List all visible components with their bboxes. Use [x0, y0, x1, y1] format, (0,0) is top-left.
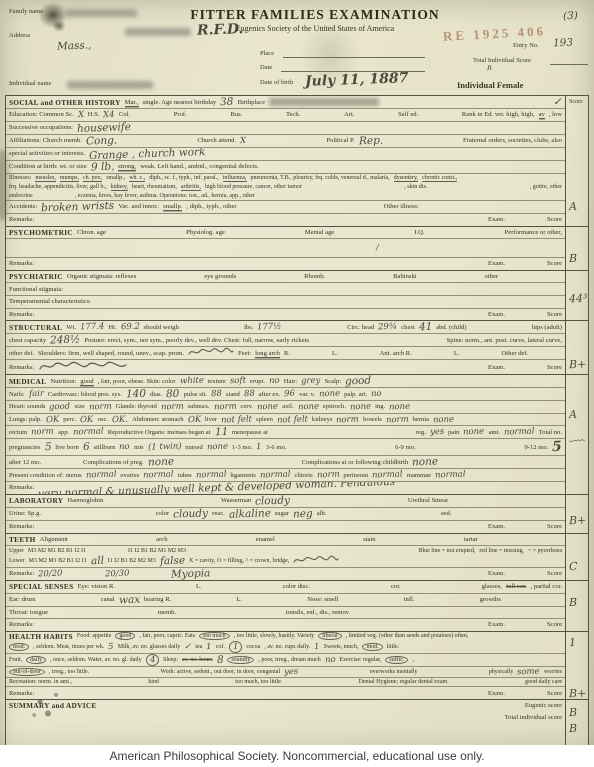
printed-label: sed.: [441, 510, 451, 517]
individual-name-redacted: [67, 81, 153, 89]
printed-label: endocrine: [9, 193, 33, 199]
individual-sex-label: Individual Female: [457, 80, 523, 90]
printed-label: pain: [448, 429, 459, 436]
printed-label: color: [156, 510, 170, 517]
handwritten-value: normal: [73, 427, 104, 438]
printed-label: Exam.: [488, 311, 505, 318]
printed-label: liver: [205, 416, 217, 423]
printed-label: long arch: [255, 350, 280, 357]
printed-label: perc.: [63, 416, 76, 423]
handwritten-value: no: [371, 389, 382, 399]
printed-label: mis: [134, 444, 144, 451]
special-senses-rows: SPECIAL SENSESEye: vision R.L.color disc…: [6, 581, 565, 631]
printed-label: too much, too little.: [235, 679, 282, 685]
structural-row: Remarks:Exam.Score: [6, 360, 565, 374]
printed-label: full cor.: [506, 583, 527, 590]
section-psychiatric: PSYCHIATRICOrganic stigmata: reflexeseye…: [6, 270, 588, 320]
printed-label: Performance or other,: [505, 229, 562, 236]
printed-label: infl.: [404, 596, 415, 603]
printed-label: R.: [284, 350, 290, 357]
printed-label: ch. pox,: [83, 175, 102, 181]
printed-label: Ear: drum: [9, 596, 36, 603]
printed-label: Temperamental characteristics:: [9, 298, 91, 305]
printed-label: 3-6 mo.: [266, 444, 287, 451]
printed-label: Score: [547, 260, 562, 267]
total-score-mark: R: [487, 64, 492, 72]
handwritten-value: yes: [284, 667, 299, 677]
printed-label: ~ = pyorrhoea: [528, 548, 562, 554]
printed-label: Exam.: [488, 260, 505, 267]
medical-row: MEDICALNutrition:good, fair, poor, obese…: [6, 375, 565, 388]
handwritten-score: B+: [569, 687, 587, 701]
handwritten-value: false: [160, 555, 186, 567]
printed-label: daily: [26, 656, 46, 664]
printed-label: Wasserman: [221, 497, 251, 504]
handwritten-value: white: [179, 376, 203, 387]
printed-label: Other def.: [502, 350, 529, 357]
printed-label: menopause at: [232, 429, 268, 436]
printed-label: Fruit,: [9, 657, 22, 663]
printed-label: Exam.: [488, 690, 505, 697]
printed-label: Successive occupations:: [9, 124, 73, 131]
printed-label: Ht.: [108, 324, 116, 331]
printed-label: memb.: [158, 609, 176, 616]
printed-label: glasses,: [482, 583, 502, 590]
address-label: Address: [9, 32, 30, 39]
printed-label: X = cavity, O = filling, ^ = crown, brid…: [189, 558, 289, 564]
social-row: endocrine, eczema, hives, hay fever, ast…: [6, 191, 565, 201]
printed-label: HEALTH HABITS: [9, 632, 73, 641]
psychometric-row: Remarks:Exam.Score: [6, 258, 565, 270]
caption-text: American Philosophical Society. Noncomme…: [109, 749, 484, 763]
printed-label: Remarks:: [9, 523, 34, 530]
printed-label: smallp.,: [106, 175, 125, 181]
printed-label: suffic.: [385, 656, 408, 664]
social-row: frq. headache, appendicitis, liver, gall…: [6, 182, 565, 191]
printed-label: abd. (child): [436, 324, 466, 331]
medical-row: Present condition of: uterusnormalovarie…: [6, 469, 565, 482]
printed-label: L.: [236, 596, 242, 603]
handwritten-value: none: [207, 442, 228, 453]
structural-rows: STRUCTURALWt.177.4Ht.69.2should weighlbs…: [6, 321, 565, 374]
handwritten-value: OK: [46, 414, 60, 424]
printed-label: 1-3 mo.: [232, 444, 253, 451]
place-line: [283, 49, 425, 58]
printed-label: overworks mentally: [370, 669, 418, 675]
printed-label: good daily care: [525, 679, 562, 685]
printed-label: Lungs: palp.: [9, 416, 42, 423]
printed-label: Complications at or following childbirth: [302, 459, 409, 466]
printed-label: pneumonia, T.B., pleurisy, frq. colds, v…: [251, 175, 390, 181]
address-redacted: [125, 28, 191, 36]
laboratory-row: LABORATORYHaemoglobinWassermancloudyUret…: [6, 495, 565, 508]
printed-label: Physiolog. age: [186, 229, 225, 236]
printed-label: ing.: [375, 403, 385, 410]
handwritten-value: none: [389, 402, 410, 413]
handwritten-value: normal: [143, 470, 174, 481]
special-senses-row: Ear: drumcanalwaxhearing R.L.Nose: smell…: [6, 594, 565, 607]
printed-label: submax.: [188, 403, 210, 410]
handwritten-score: B: [569, 722, 578, 735]
printed-label: , poor, irreg., dream much: [258, 657, 320, 663]
handwritten-value: broken wrists: [41, 201, 114, 214]
scanned-form-page: { "header": { "family_name_label": "Fami…: [0, 0, 594, 767]
printed-label: 9-12 mo.: [524, 444, 548, 451]
handwritten-value: 6: [83, 441, 90, 453]
printed-label: , irreg., too little.: [49, 669, 90, 675]
handwritten-value: 1: [256, 442, 262, 452]
printed-label: Remarks:: [9, 216, 34, 223]
printed-label: Abdomen: stomach: [132, 416, 183, 423]
printed-label: Total no.: [539, 429, 562, 436]
printed-label: Remarks:: [9, 484, 34, 491]
printed-label: good: [80, 378, 93, 385]
handwritten-value: 80: [166, 388, 180, 400]
printed-label: worries: [544, 669, 562, 675]
printed-label: Chron. age: [77, 229, 106, 236]
printed-label: Exam.: [488, 364, 505, 371]
printed-label: , seldom. Meat, times per wk.: [33, 644, 104, 650]
handwritten-value: 1: [229, 641, 243, 653]
printed-label: Rhomb.: [304, 273, 325, 280]
printed-label: Haemoglobin: [67, 497, 103, 504]
printed-label: Scalp:: [325, 378, 341, 385]
pen-scribble: [569, 434, 585, 448]
printed-label: mod.: [362, 643, 382, 651]
printed-label: Urine: Sp.g.: [9, 510, 41, 517]
handwritten-value: 88: [244, 389, 255, 399]
printed-label: amt.: [489, 429, 501, 436]
printed-label: hips (adult): [532, 324, 562, 331]
printed-label: enamel: [256, 536, 275, 543]
printed-label: reg.: [416, 429, 426, 436]
score-cell-laboratory: B+: [565, 495, 588, 533]
pen-scribble: [188, 347, 234, 359]
structural-row: other def.Shoulders: firm, well shaped, …: [6, 347, 565, 360]
printed-label: Wt.: [66, 324, 76, 331]
handwritten-value: X4: [103, 110, 115, 120]
laboratory-rows: LABORATORYHaemoglobinWassermancloudyUret…: [6, 495, 565, 533]
psychiatric-row: Functional stigmata:: [6, 283, 565, 296]
handwritten-value: no: [325, 655, 336, 665]
printed-label: smallp.: [163, 203, 182, 210]
printed-label: single. Age nearest birthday: [143, 99, 217, 106]
printed-label: bowels: [363, 416, 382, 423]
section-special-senses: SPECIAL SENSESEye: vision R.L.color disc…: [6, 580, 588, 631]
printed-label: L.: [454, 350, 460, 357]
printed-label: Fraternal orders, societies, clubs, also: [463, 137, 562, 144]
summary-row: SUMMARY and ADVICEEugenic score: [6, 700, 565, 712]
printed-label: Bus.: [230, 111, 242, 118]
printed-label: Exercise: regular,: [339, 657, 381, 663]
handwritten-value: none: [412, 456, 438, 468]
printed-label: diph., sc. f., typh., inf. paral.,: [149, 175, 219, 181]
printed-label: cocoa: [246, 644, 260, 650]
handwritten-value: none: [319, 389, 340, 400]
printed-label: av. no. hours: [182, 657, 213, 663]
score-cell-special-senses: B: [565, 581, 588, 631]
medical-row: Remarks:very normal & unusually well kep…: [6, 482, 565, 494]
printed-label: Condition at birth: wt. or size: [9, 163, 87, 170]
medical-row: Heart: soundsgoodsizenormGlands: thyroid…: [6, 401, 565, 414]
handwritten-value: normal: [435, 470, 466, 481]
teeth-row: UpperM3 M2 M1 B2 B1 I2 I1I1 I2 B1 B2 M1 …: [6, 546, 565, 555]
teeth-row: LowerM3 M2 M1 B2 B1 I2 I1allI1 I2 B1 B2 …: [6, 555, 565, 568]
printed-label: texture: [208, 378, 226, 385]
medical-row: rectumnormapp.normalReproductive Organs:…: [6, 426, 565, 439]
printed-label: SUMMARY and ADVICE: [9, 701, 97, 710]
printed-label: pregnancies: [9, 444, 41, 451]
printed-label: frq. headache, appendicitis, liver, gall…: [9, 184, 107, 190]
printed-label: Political P.: [326, 137, 354, 144]
handwritten-value: soft: [230, 376, 246, 387]
teeth-row: TEETHAlignmentarchenamelstaintartar: [6, 534, 565, 547]
printed-label: Blue line = not erupted,: [418, 548, 475, 554]
handwritten-value: ✓: [553, 96, 562, 108]
handwritten-value: none: [463, 427, 484, 438]
printed-label: M3 M2 M1 B2 B1 I2 I1: [29, 558, 87, 564]
handwritten-value: 9 lb,: [90, 161, 114, 173]
handwritten-score: B: [569, 596, 578, 609]
handwritten-value: no: [119, 442, 130, 452]
structural-row: STRUCTURALWt.177.4Ht.69.2should weighlbs…: [6, 321, 565, 334]
social-row: Successive occupations:housewife: [6, 122, 565, 135]
printed-label: Present condition of: uterus: [9, 472, 82, 479]
printed-label: M3 M2 M1 B2 B1 I2 I1: [28, 548, 86, 554]
printed-label: Functional stigmata:: [9, 286, 63, 293]
printed-label: strong,: [118, 163, 136, 170]
score-cell-social: ScoreA: [565, 96, 588, 226]
social-row: SOCIAL and OTHER HISTORYMar.,single. Age…: [6, 96, 565, 109]
handwritten-value: OK: [80, 414, 94, 424]
pen-scribble: [293, 555, 339, 567]
teeth-rows: TEETHAlignmentarchenamelstaintartarUpper…: [6, 534, 565, 580]
psychiatric-row: Temperamental characteristics:: [6, 296, 565, 309]
handwritten-value: Rep.: [358, 135, 383, 147]
printed-label: dias.: [150, 391, 162, 398]
printed-label: tea: [195, 644, 202, 650]
printed-label: pulse sit.: [184, 391, 207, 398]
handwritten-score: A: [569, 408, 577, 421]
printed-label: ,: [412, 657, 414, 663]
printed-label: axil.: [282, 403, 294, 410]
handwritten-value: 248½: [50, 334, 81, 347]
social-rows: SOCIAL and OTHER HISTORYMar.,single. Age…: [6, 96, 565, 226]
printed-label: Sweets, much,: [324, 644, 359, 650]
printed-label: Rank in Ed. ver. high, high,: [462, 111, 535, 118]
printed-label: clitoris: [294, 472, 312, 479]
handwritten-value: all: [90, 555, 103, 567]
entry-no-label: Entry No.: [513, 42, 539, 49]
printed-label: heart, rheumatism,: [132, 184, 177, 190]
printed-label: other: [485, 273, 499, 280]
handwritten-value: OK: [187, 414, 201, 424]
section-psychometric: PSYCHOMETRICChron. agePhysiolog. ageMent…: [6, 226, 588, 270]
printed-label: Accidents:: [9, 203, 37, 210]
handwritten-value: good: [49, 402, 70, 413]
printed-label: Prof.: [174, 111, 187, 118]
handwritten-value: OK.: [112, 414, 128, 425]
printed-label: color disc.: [283, 583, 310, 590]
printed-label: , once, seldom. Water, av. no. gl. daily: [50, 657, 141, 663]
printed-label: mumps,: [60, 175, 79, 181]
laboratory-row: Urine: Sp.g.colorcloudyreac.alkalinesuga…: [6, 508, 565, 521]
printed-label: av: [539, 111, 545, 118]
handwritten-value: very normal & unusually well kept & deve…: [38, 482, 395, 494]
social-row: Accidents:broken wristsVac. and innoc:sm…: [6, 201, 565, 214]
printed-label: spleen: [256, 416, 273, 423]
printed-label: STRUCTURAL: [9, 323, 62, 332]
handwritten-value: none: [147, 456, 173, 468]
handwritten-value: /: [376, 243, 379, 253]
printed-label: TEETH: [9, 535, 36, 544]
handwritten-value: 5: [552, 439, 562, 455]
handwritten-value: norm: [317, 470, 340, 481]
address-value: Mass.,: [57, 39, 92, 52]
handwritten-value: 29¾: [378, 322, 397, 333]
printed-label: Exam.: [488, 570, 505, 577]
printed-label: Church attend.: [197, 137, 236, 144]
handwritten-value: norm: [161, 402, 184, 413]
family-name-redacted: [65, 9, 137, 17]
score-column-header: Score: [569, 99, 583, 105]
printed-label: special activities or interests.: [9, 150, 85, 157]
handwritten-value: normal: [260, 470, 291, 481]
handwritten-value: (1 twin): [147, 442, 181, 453]
dob-value: July 11, 1887: [305, 70, 409, 90]
printed-label: chest: [401, 324, 415, 331]
psychometric-row: PSYCHOMETRICChron. agePhysiolog. ageMent…: [6, 227, 565, 240]
psychiatric-rows: PSYCHIATRICOrganic stigmata: reflexeseye…: [6, 271, 565, 320]
printed-label: wh. c.,: [129, 175, 145, 181]
pen-scribble: [38, 360, 128, 374]
printed-label: Shoulders: firm, well shaped, round, une…: [38, 350, 184, 357]
printed-label: ovaries: [120, 472, 139, 479]
printed-label: app.: [58, 429, 69, 436]
printed-label: hernia: [413, 416, 429, 423]
medical-row: after 12 mo.Complications of preg.noneCo…: [6, 456, 565, 469]
printed-label: tartar: [464, 536, 478, 543]
handwritten-value: none: [350, 402, 371, 413]
printed-label: influenza,: [223, 175, 247, 181]
psychiatric-row: PSYCHIATRICOrganic stigmata: reflexeseye…: [6, 271, 565, 284]
dob-label: Date of birth: [260, 79, 293, 86]
handwritten-value: 1: [206, 642, 212, 652]
printed-label: Col.: [119, 111, 130, 118]
printed-label: Heart: sounds: [9, 403, 45, 410]
printed-label: Total individual score: [505, 714, 562, 721]
printed-label: tubes: [178, 472, 192, 479]
printed-label: , low: [549, 111, 562, 118]
handwritten-value: norm: [31, 427, 54, 438]
printed-label: L.: [196, 583, 202, 590]
form-subtitle: Eugenics Society of the United States of…: [185, 24, 445, 33]
printed-label: Spine: norm., ant. post. curve, lateral …: [447, 337, 562, 344]
printed-label: stain: [363, 536, 375, 543]
printed-label: soundly: [227, 656, 254, 664]
section-teeth: TEETHAlignmentarchenamelstaintartarUpper…: [6, 533, 588, 580]
printed-label: physically: [489, 669, 514, 675]
section-medical: MEDICALNutrition:good, fair, poor, obese…: [6, 374, 588, 494]
social-row: Education: Common Sc.XH.S.X4Col.Prof.Bus…: [6, 109, 565, 122]
printed-label: Work: active, sedent., out door, in door…: [160, 669, 280, 675]
printed-label: Nose: smell: [307, 596, 338, 603]
handwritten-score: B: [569, 251, 578, 264]
medical-row: Lungs: palp.OKperc.OKosc.OK.Abdomen: sto…: [6, 414, 565, 427]
printed-label: PSYCHIATRIC: [9, 272, 63, 281]
printed-label: Affiliations: Church memb.: [9, 137, 82, 144]
printed-label: Recreation: norm. in amt.,: [9, 679, 72, 685]
printed-label: cor.: [391, 583, 401, 590]
printed-label: 6-9 mo.: [395, 444, 416, 451]
printed-label: MEDICAL: [9, 377, 46, 386]
caption-bar: American Philosophical Society. Noncomme…: [0, 745, 594, 767]
printed-label: measles,: [35, 175, 56, 181]
printed-label: palp. art.: [344, 391, 367, 398]
printed-label: dysentery,: [394, 175, 418, 181]
handwritten-score: 44³: [569, 291, 588, 305]
printed-label: mammae: [407, 472, 431, 479]
printed-label: erupt.: [250, 378, 265, 385]
printed-label: hearing R.: [144, 596, 171, 603]
printed-label: eye grounds: [204, 273, 236, 280]
handwritten-score: B: [569, 706, 578, 719]
printed-label: Other illness:: [384, 203, 419, 210]
section-social: SOCIAL and OTHER HISTORYMar.,single. Age…: [6, 96, 588, 226]
date-label: Date: [260, 64, 272, 71]
handwritten-value: cloudy: [255, 495, 290, 508]
printed-label: too much: [199, 632, 230, 640]
printed-label: Birthplace: [238, 99, 265, 106]
handwritten-value: not felt: [221, 414, 252, 425]
handwritten-value: wax: [118, 594, 140, 606]
total-score-label: Total Individual Score: [473, 57, 531, 64]
printed-label: Art.: [344, 111, 354, 118]
handwritten-value: norm: [89, 402, 112, 413]
printed-label: , goitre, other: [530, 184, 562, 190]
printed-label: Score: [547, 311, 562, 318]
printed-label: Score: [547, 570, 562, 577]
handwritten-value: X: [77, 110, 83, 120]
printed-label: Posture: erect, sym., not sym., poorly d…: [84, 337, 309, 344]
handwritten-value: normal: [372, 470, 403, 481]
medical-row: pregnancies5live born6stillbornnomis(1 t…: [6, 439, 565, 456]
printed-label: kidneys: [312, 416, 333, 423]
printed-label: little.: [387, 644, 400, 650]
handwritten-score: 1: [569, 636, 576, 649]
printed-label: Dental Hygiene; regular dental exam.: [359, 679, 449, 685]
printed-label: red line = missing,: [479, 548, 524, 554]
handwritten-score: B+: [569, 514, 587, 528]
social-row: Remarks:Exam.Score: [6, 214, 565, 226]
printed-label: SPECIAL SENSES: [9, 582, 73, 591]
printed-label: good: [115, 632, 135, 640]
printed-label: Eye: vision R.: [77, 583, 115, 590]
laboratory-row: Remarks:Exam.Score: [6, 521, 565, 533]
printed-label: ligaments: [230, 472, 256, 479]
printed-label: Sleep:: [163, 657, 178, 663]
printed-label: , partial cor.: [530, 583, 562, 590]
printed-label: Nails:: [9, 391, 25, 398]
summary-row: Total individual score: [6, 712, 565, 724]
printed-label: rectum: [9, 429, 27, 436]
printed-label: Tech.: [286, 111, 300, 118]
handwritten-score: C: [569, 560, 578, 573]
social-row: special activities or interests.Grange ,…: [6, 148, 565, 161]
handwritten-value: 20/20: [38, 568, 63, 579]
printed-label: Hair:: [284, 378, 298, 385]
printed-label: after 12 mo.: [9, 459, 41, 466]
